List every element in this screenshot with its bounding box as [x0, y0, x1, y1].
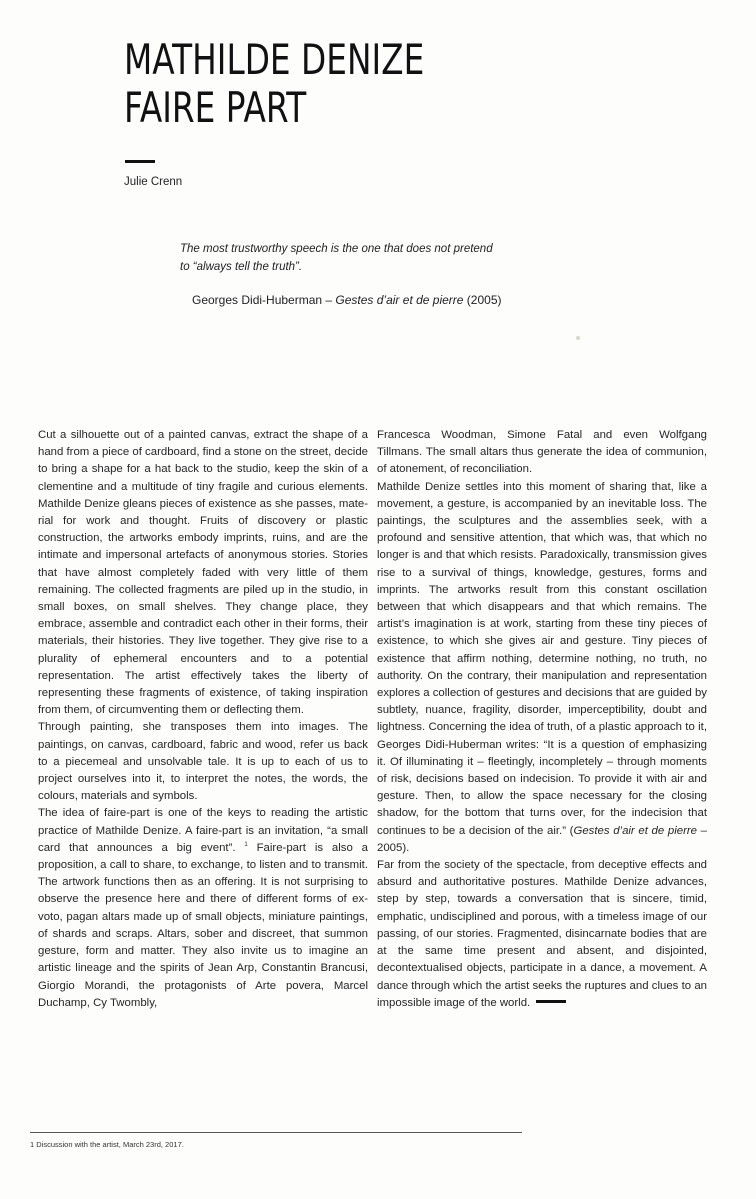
attribution-author: Georges Didi-Huberman – [192, 293, 335, 307]
article-title: MATHILDE DENIZE FAIRE PART [124, 36, 424, 132]
body-column-right: Francesca Woodman, Simone Fatal and even… [377, 427, 707, 1012]
epigraph-line-1: The most trustworthy speech is the one t… [180, 240, 600, 258]
author-byline: Julie Crenn [124, 176, 182, 188]
body-paragraph: Through painting, she transposes them in… [38, 719, 368, 805]
footnote-text: Discussion with the artist, March 23rd, … [34, 1140, 184, 1149]
attribution-work: Gestes d’air et de pierre [335, 293, 463, 307]
attribution-year: (2005) [463, 293, 501, 307]
body-column-left: Cut a silhouette out of a painted canvas… [38, 427, 368, 1012]
paragraph-text: Mathilde Denize settles into this moment… [377, 481, 707, 837]
paragraph-text: Faire-part is also a proposition, a call… [38, 842, 368, 1009]
magazine-page: MATHILDE DENIZE FAIRE PART Julie Crenn T… [0, 0, 756, 1199]
paragraph-text: Far from the society of the spectacle, f… [377, 859, 707, 1009]
citation-title: Gestes d’air et de pierre [573, 825, 697, 837]
body-paragraph: Francesca Woodman, Simone Fatal and even… [377, 427, 707, 479]
title-line-1: MATHILDE DENIZE [124, 36, 424, 84]
body-paragraph: Cut a silhouette out of a painted canvas… [38, 427, 368, 719]
title-divider [125, 160, 155, 163]
footnote-divider [30, 1132, 522, 1133]
epigraph-attribution: Georges Didi-Huberman – Gestes d’air et … [192, 293, 502, 307]
body-paragraph: Mathilde Denize settles into this moment… [377, 479, 707, 857]
end-of-article-mark [536, 1000, 566, 1003]
body-paragraph: Far from the society of the spectacle, f… [377, 857, 707, 1012]
scan-speck [576, 336, 580, 340]
body-paragraph: The idea of faire-part is one of the key… [38, 805, 368, 1011]
epigraph-line-2: to “always tell the truth”. [180, 258, 600, 276]
epigraph-quote: The most trustworthy speech is the one t… [180, 240, 600, 276]
title-line-2: FAIRE PART [124, 84, 424, 132]
footnote: 1 Discussion with the artist, March 23rd… [30, 1140, 184, 1149]
